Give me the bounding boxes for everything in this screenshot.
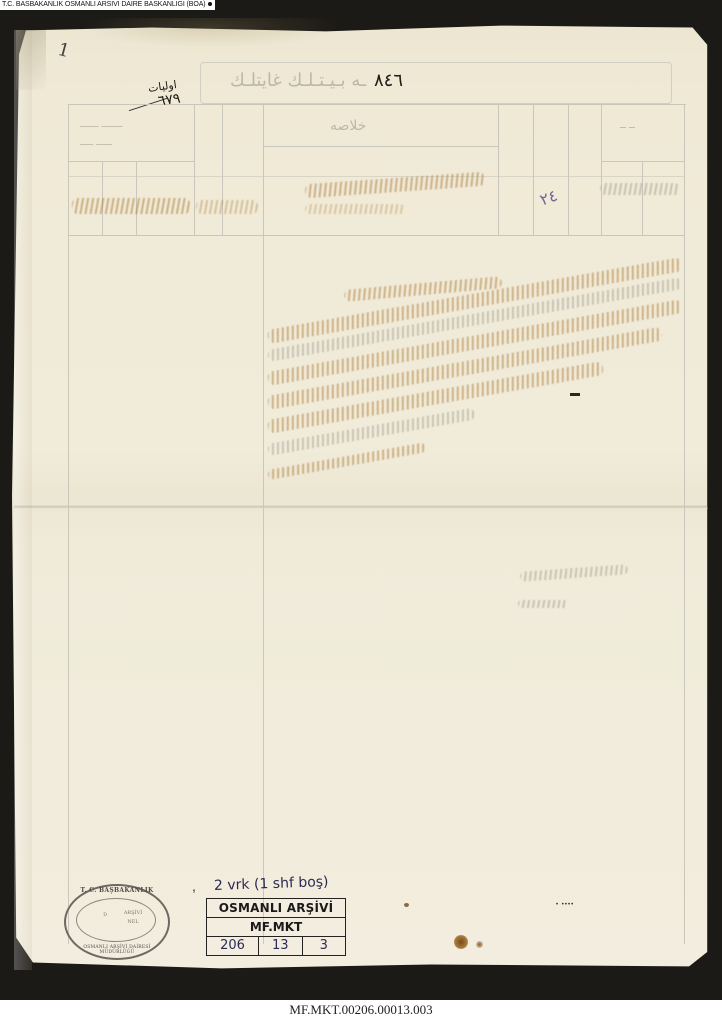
ink-dots: • •••• xyxy=(556,902,574,908)
dossier-number: 206 xyxy=(207,937,259,955)
stamp-bottom-text: OSMANLI ARŞİVİ DAİRESİ MÜDÜRLÜĞÜ xyxy=(66,945,168,955)
top-stain xyxy=(80,18,340,48)
bullet-dot-icon xyxy=(208,2,212,6)
archive-label: OSMANLI ARŞİVİ MF.MKT 206 13 3 xyxy=(206,898,346,956)
col-rule-3 xyxy=(194,104,195,235)
col-rule-6 xyxy=(498,104,499,235)
col-rule-8 xyxy=(568,104,569,235)
ink-stain-large xyxy=(454,935,468,949)
col-rule-4 xyxy=(222,104,223,235)
header-number: ٨٤٦ xyxy=(374,70,403,91)
entry-name xyxy=(600,183,680,195)
printed-header-text: ـﻪ ﺑـﻴـﺘـﻠـﻚ ﻏﺎﻳﺘﻠـﻚ xyxy=(230,70,366,91)
ink-speck xyxy=(404,903,409,907)
col-rule-5-long xyxy=(263,104,264,944)
banner-text: T.C. BASBAKANLIK OSMANLI ARSIVI DAIRE BA… xyxy=(2,1,206,8)
entry-date xyxy=(196,200,258,214)
ink-stain-small xyxy=(476,941,483,948)
stamp-top-text: T. C. BAŞBAKANLIK xyxy=(66,887,168,894)
table-right-rule xyxy=(684,104,685,944)
document-page xyxy=(12,16,710,976)
archive-stamp: T. C. BAŞBAKANLIK D ARŞİVİ NEL OSMANLI A… xyxy=(64,884,170,960)
page-number: 3 xyxy=(303,937,346,955)
horizontal-fold xyxy=(14,505,708,509)
header-row-rule xyxy=(68,176,685,177)
column-header-2: ــــــ ـــــ xyxy=(80,138,112,148)
subheader-rule-middle xyxy=(263,146,498,147)
column-header-right: ــ ــ xyxy=(620,120,635,131)
left-crease xyxy=(14,30,32,970)
shirt-number: 13 xyxy=(259,937,303,955)
col-rule-7 xyxy=(533,104,534,235)
lower-note-line-2 xyxy=(518,600,568,608)
side-note-number: ٦٧٩ xyxy=(157,91,182,110)
archive-title: OSMANLI ARŞİVİ xyxy=(207,899,345,918)
col-rule-10 xyxy=(642,161,643,235)
archive-numbers: 206 13 3 xyxy=(207,937,345,955)
entry-amounts xyxy=(72,198,190,214)
stamp-middle-right-2: NEL xyxy=(82,919,184,925)
archive-banner: T.C. BASBAKANLIK OSMANLI ARSIVI DAIRE BA… xyxy=(0,0,215,10)
table-left-rule xyxy=(68,104,69,944)
archive-fond: MF.MKT xyxy=(207,918,345,937)
column-header-1: ــــــــ ـــــــ xyxy=(80,120,122,130)
col-rule-9 xyxy=(601,104,602,235)
note-prefix: , xyxy=(192,878,196,894)
reference-code: MF.MKT.00206.00013.003 xyxy=(0,1002,722,1018)
stamp-middle-right-1: ARŞİVİ xyxy=(82,910,184,916)
column-header-main: ﺧﻼﺻﻪ xyxy=(330,118,366,134)
ink-blot: ▬ xyxy=(570,388,580,399)
subheader-rule-left xyxy=(68,161,194,162)
entry-summary-line-2 xyxy=(305,204,405,214)
table-header-bottom-rule xyxy=(68,235,685,236)
